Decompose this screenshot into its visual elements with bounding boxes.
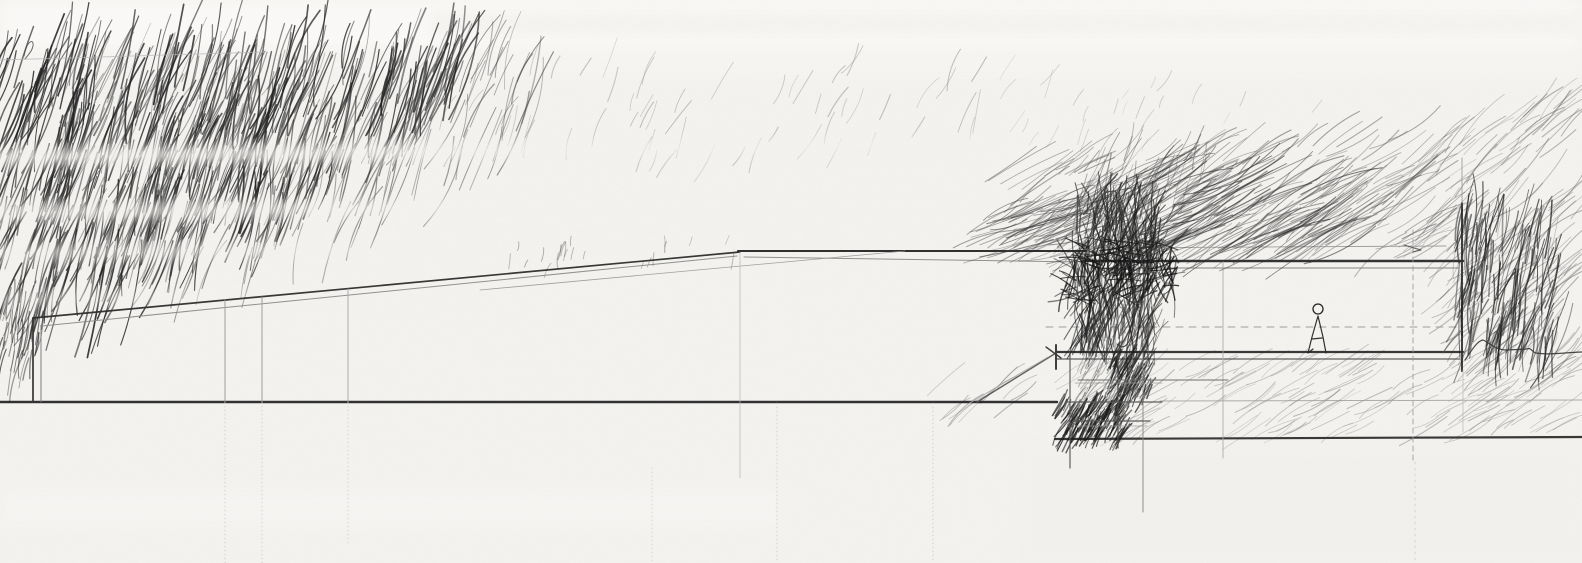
sketch-canvas	[0, 0, 1582, 563]
sketch-page	[0, 0, 1582, 563]
paper-texture	[0, 0, 1582, 563]
